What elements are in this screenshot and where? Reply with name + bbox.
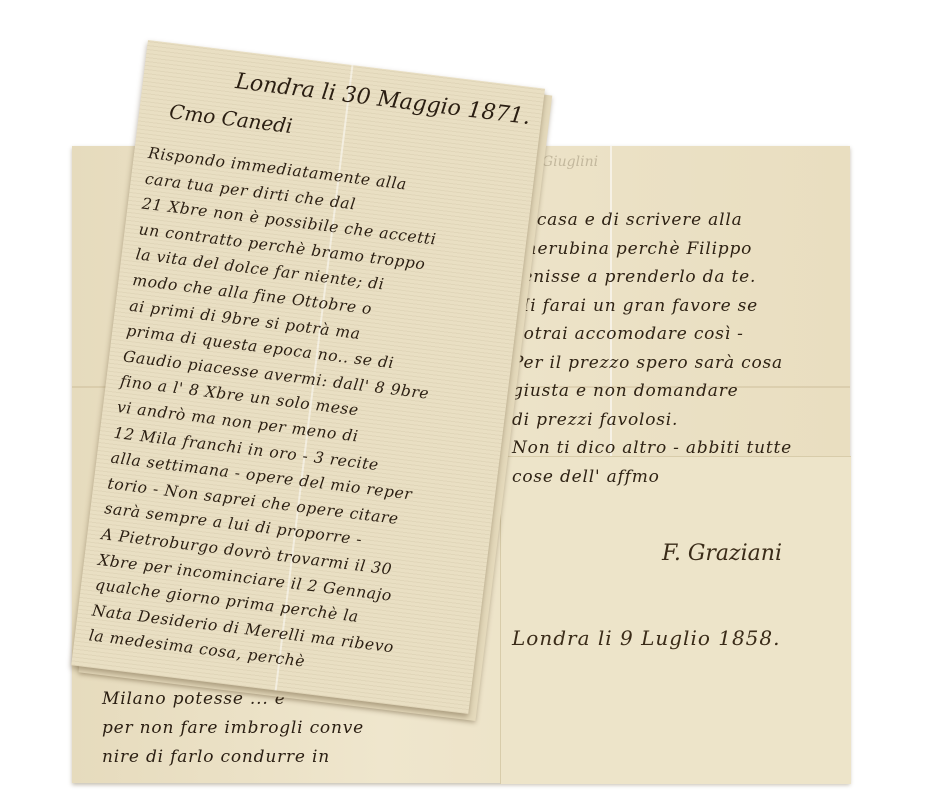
handwritten-line: giusta e non domandare [512, 377, 842, 406]
handwritten-line: potrai accomodare così - [512, 320, 842, 349]
handwritten-line: per non fare imbrogli conve [102, 714, 502, 743]
letter-salutation: Cmo Canedi [168, 99, 294, 138]
front-letter-body: Rispondo immediatamente alla cara tua pe… [87, 141, 527, 695]
handwritten-line: nire di farlo condurre in [102, 743, 502, 772]
handwritten-line: Non ti dico altro - abbiti tutte [512, 434, 842, 463]
photo-scene: Giuglini attendo Milano potesse ... e pe… [0, 0, 930, 800]
letter-date: Londra li 9 Luglio 1858. [512, 626, 781, 650]
front-letter-stack: Londra li 30 Maggio 1871. Cmo Canedi Ris… [71, 40, 545, 714]
handwritten-line: Mi farai un gran favore se [512, 292, 842, 321]
bleed-through-text: Giuglini [542, 154, 598, 170]
handwritten-line: di prezzi favolosi. [512, 406, 842, 435]
front-letter-sheet: Londra li 30 Maggio 1871. Cmo Canedi Ris… [71, 40, 545, 714]
handwritten-line: Cherubina perchè Filippo [512, 235, 842, 264]
back-letter-inner-panel [500, 456, 851, 784]
handwritten-line: cose dell' affmo [512, 463, 842, 492]
handwritten-line: venisse a prenderlo da te. [512, 263, 842, 292]
signature: F. Graziani [662, 541, 782, 566]
handwritten-line: Per il prezzo spero sarà cosa [512, 349, 842, 378]
handwritten-line: ... casa e di scrivere alla [512, 206, 842, 235]
back-letter-right-column: ... casa e di scrivere alla Cherubina pe… [512, 206, 842, 491]
